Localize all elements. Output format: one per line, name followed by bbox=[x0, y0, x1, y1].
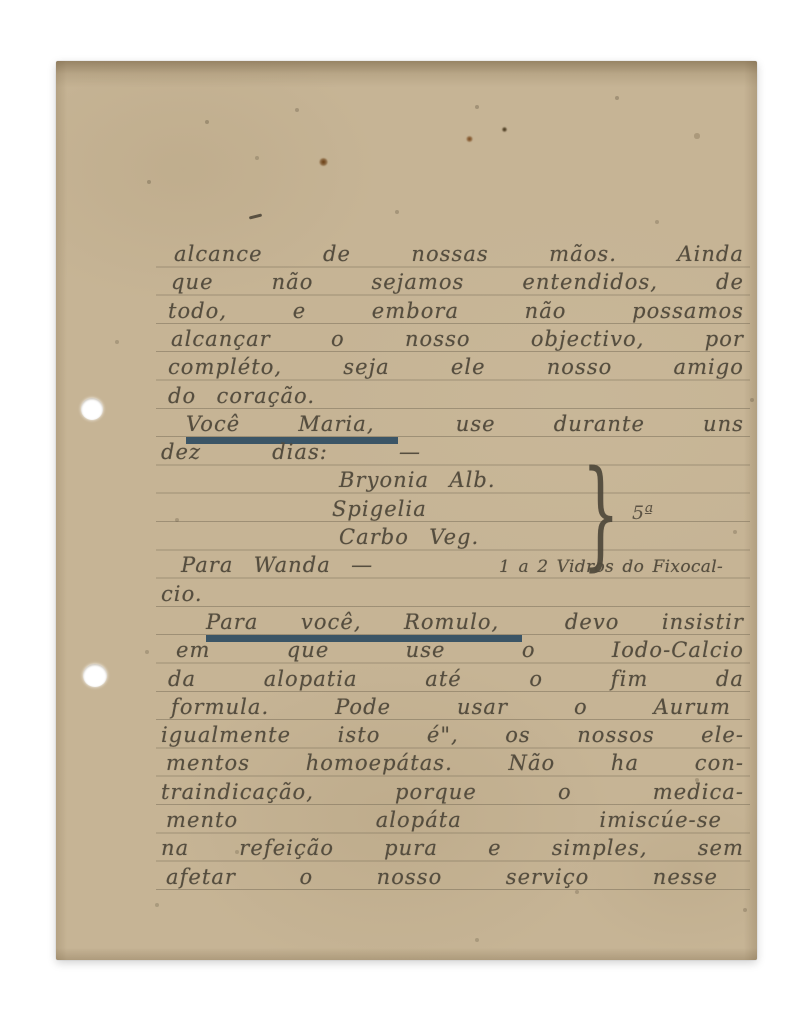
letter-line: todo, e embora não possamos bbox=[168, 298, 744, 325]
letter-line-text: mento alopáta imiscúe-se bbox=[166, 808, 722, 832]
letter-line: formula. Pode usar o Aurum bbox=[171, 694, 731, 721]
letter-line: mentos homoepátas. Não ha con- bbox=[166, 750, 744, 777]
letter-line: igualmente isto é", os nossos ele- bbox=[161, 722, 744, 749]
dosage-annotation: 1 a 2 Vidros do Fixocal- bbox=[499, 555, 723, 579]
letter-line-text: devo insistir bbox=[565, 610, 744, 634]
letter-line: da alopatia até o fim da bbox=[168, 666, 744, 693]
letter-line-text: cio. bbox=[161, 582, 203, 606]
letter-line-text: alcançar o nosso objectivo, por bbox=[171, 327, 744, 351]
scanned-letter-photo: alcance de nossas mãos. Ainda que não se… bbox=[0, 0, 806, 1024]
letter-line-text: Para Wanda — bbox=[181, 553, 373, 577]
foxing-stain bbox=[319, 158, 328, 166]
dose-label: 5ª bbox=[632, 501, 653, 525]
letter-line: cio. bbox=[161, 581, 203, 608]
letter-line: dez dias: — bbox=[161, 439, 421, 466]
letter-line: em que use o Iodo-Calcio bbox=[176, 637, 744, 664]
remedy-item-bryonia: Bryonia Alb. bbox=[339, 467, 496, 494]
prescription-brace: } bbox=[582, 459, 620, 567]
letter-line-text: todo, e embora não possamos bbox=[168, 299, 744, 323]
remedy-name: Bryonia Alb. bbox=[339, 468, 496, 492]
letter-line-text: na refeição pura e simples, sem bbox=[161, 836, 744, 860]
remedy-item-spigelia: Spigelia bbox=[332, 496, 427, 523]
letter-line-text: compléto, seja ele nosso amigo bbox=[168, 355, 744, 379]
paper-specks bbox=[56, 61, 58, 63]
letter-line: alcançar o nosso objectivo, por bbox=[171, 326, 744, 353]
letter-line: mento alopáta imiscúe-se bbox=[166, 807, 722, 834]
letter-line: afetar o nosso serviço nesse bbox=[166, 864, 718, 891]
punch-hole-bottom bbox=[83, 664, 107, 687]
letter-line-recipient-maria: Você Maria, use durante uns bbox=[186, 411, 744, 438]
letter-line: compléto, seja ele nosso amigo bbox=[168, 354, 744, 381]
foxing-stain bbox=[502, 127, 507, 132]
letter-page: alcance de nossas mãos. Ainda que não se… bbox=[56, 61, 757, 960]
letter-line-text: mentos homoepátas. Não ha con- bbox=[166, 751, 744, 775]
letter-line-text: afetar o nosso serviço nesse bbox=[166, 865, 718, 889]
remedy-name: Spigelia bbox=[332, 497, 427, 521]
letter-line-text: traindicação, porque o medica- bbox=[161, 780, 744, 804]
remedy-item-carbo-veg: Carbo Veg. bbox=[339, 524, 479, 551]
letter-line-text: que não sejamos entendidos, de bbox=[171, 270, 744, 294]
letter-line-text: do coração. bbox=[168, 384, 315, 408]
letter-line-text: use durante uns bbox=[456, 412, 744, 436]
letter-line-text: em que use o Iodo-Calcio bbox=[176, 638, 744, 662]
letter-line-recipient-romulo: Para você, Romulo, devo insistir bbox=[206, 609, 744, 636]
letter-line: que não sejamos entendidos, de bbox=[171, 269, 744, 296]
letter-line: do coração. bbox=[168, 383, 315, 410]
letter-line-wanda: Para Wanda — 1 a 2 Vidros do Fixocal- bbox=[181, 552, 373, 579]
letter-line-text: dez dias: — bbox=[161, 440, 421, 464]
foxing-stain bbox=[466, 136, 473, 142]
letter-line-text: da alopatia até o fim da bbox=[168, 667, 744, 691]
letter-line-text: alcance de nossas mãos. Ainda bbox=[174, 242, 744, 266]
remedy-name: Carbo Veg. bbox=[339, 525, 479, 549]
letter-line: alcance de nossas mãos. Ainda bbox=[174, 241, 744, 268]
punch-hole-top bbox=[81, 398, 103, 420]
letter-line: traindicação, porque o medica- bbox=[161, 779, 744, 806]
letter-line-text: igualmente isto é", os nossos ele- bbox=[161, 723, 744, 747]
letter-line-text: formula. Pode usar o Aurum bbox=[171, 695, 731, 719]
letter-line: na refeição pura e simples, sem bbox=[161, 835, 744, 862]
stray-pencil-mark bbox=[249, 213, 262, 219]
